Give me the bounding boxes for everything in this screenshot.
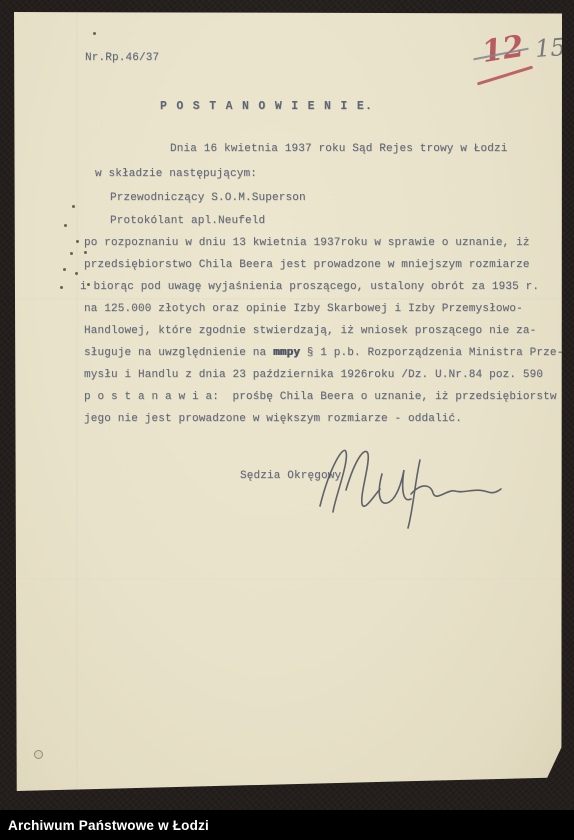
scan-viewport: Nr.Rp.46/37 P O S T A N O W I E N I E. D… <box>0 0 574 840</box>
body-line: p o s t a n a w i a: prośbę Chila Beera … <box>84 391 557 404</box>
intro-line: Protokólant apl.Neufeld <box>110 215 265 228</box>
body-line-part: sługuje na uwzględnienie na <box>84 347 273 359</box>
body-line: po rozpoznaniu w dniu 13 kwietnia 1937ro… <box>84 237 530 250</box>
horizontal-fold-crease <box>14 578 562 580</box>
archive-footer-bar: Archiwum Państwowe w Łodzi <box>0 810 574 840</box>
body-line: i biorąc pod uwagę wyjaśnienia prosząceg… <box>80 281 539 294</box>
document-title: P O S T A N O W I E N I E. <box>160 100 373 113</box>
binding-hole <box>63 268 66 271</box>
binding-hole <box>84 251 87 254</box>
binding-hole <box>64 224 67 227</box>
body-line: jego nie jest prowadzone w większym rozm… <box>84 413 462 426</box>
reference-number: Nr.Rp.46/37 <box>85 52 159 65</box>
vertical-fold-crease <box>76 12 78 791</box>
body-line: Handlowej, które zgodnie stwierdzają, iż… <box>84 325 536 338</box>
binding-hole <box>93 32 96 35</box>
binding-hole <box>76 240 79 243</box>
body-line-part: § 1 p.b. Rozporządzenia Ministra Prze- <box>300 347 563 359</box>
intro-line: Dnia 16 kwietnia 1937 roku Sąd Rejes tro… <box>170 143 508 156</box>
intro-line: w składzie następującym: <box>95 168 257 181</box>
punch-hole <box>34 750 43 759</box>
overtyped-word: mmpy <box>273 347 300 359</box>
binding-hole <box>60 286 63 289</box>
pencil-page-number: 15 <box>534 33 566 63</box>
binding-hole <box>70 252 73 255</box>
document-sheet: Nr.Rp.46/37 P O S T A N O W I E N I E. D… <box>14 12 562 791</box>
horizontal-fold-crease <box>14 298 562 300</box>
body-line: mysłu i Handlu z dnia 23 października 19… <box>84 369 543 382</box>
archive-name-label: Archiwum Państwowe w Łodzi <box>0 818 209 833</box>
body-line: na 125.000 złotych oraz opinie Izby Skar… <box>84 303 523 316</box>
handwritten-signature <box>314 442 504 532</box>
body-line: sługuje na uwzględnienie na mmpy § 1 p.b… <box>84 347 563 360</box>
binding-hole <box>72 205 75 208</box>
intro-line: Przewodniczący S.O.M.Superson <box>110 192 306 205</box>
body-line: przedsiębiorstwo Chila Beera jest prowad… <box>84 259 530 272</box>
binding-hole <box>75 272 78 275</box>
